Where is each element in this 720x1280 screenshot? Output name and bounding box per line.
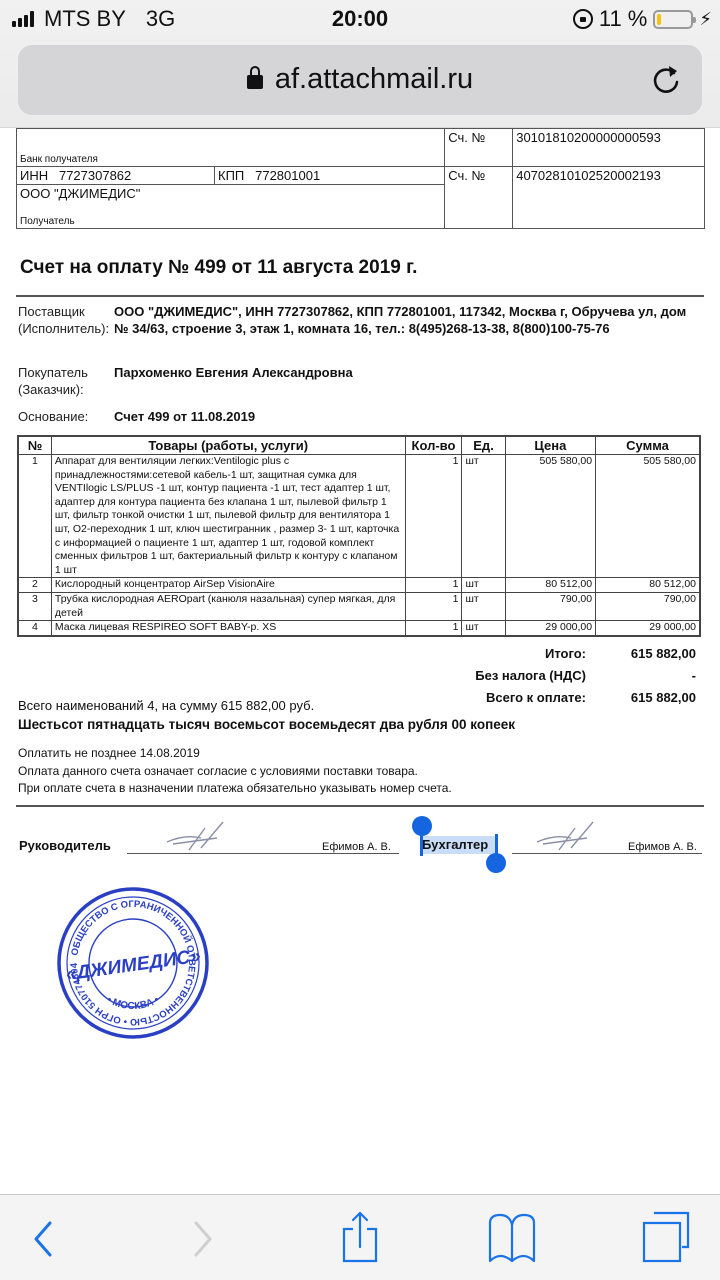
accountant-name: Ефимов А. В.	[628, 841, 697, 853]
supplier-label: Поставщик	[18, 303, 114, 320]
row-sum: 80 512,00	[596, 578, 700, 593]
total-value: 615 882,00	[586, 646, 696, 661]
company-stamp-icon: ОБЩЕСТВО С ОГРАНИЧЕННОЙ ОТВЕТСТВЕННОСТЬЮ…	[55, 885, 211, 1041]
row-goods: Кислородный концентратор AirSep VisionAi…	[51, 578, 405, 593]
buyer-value: Пархоменко Евгения Александровна	[114, 364, 694, 398]
accountant-label: Бухгалтер	[422, 837, 488, 852]
buyer-label: Покупатель	[18, 364, 114, 381]
header-sum: Сумма	[596, 436, 700, 455]
row-price: 505 580,00	[505, 455, 595, 578]
account-label: Сч. №	[445, 167, 513, 229]
vat-label: Без налога (НДС)	[475, 668, 586, 683]
director-name: Ефимов А. В.	[322, 841, 391, 853]
header-price: Цена	[505, 436, 595, 455]
row-sum: 790,00	[596, 592, 700, 620]
invoice-title: Счет на оплату № 499 от 11 августа 2019 …	[20, 257, 417, 279]
note-reference: При оплате счета в назначении платежа об…	[18, 780, 452, 798]
row-qty: 1	[405, 592, 462, 620]
address-bar[interactable]: af.attachmail.ru	[18, 45, 702, 115]
kpp-value: 772801001	[255, 168, 320, 183]
row-goods: Трубка кислородная AEROpart (канюля наза…	[51, 592, 405, 620]
row-sum: 505 580,00	[596, 455, 700, 578]
signature-scribble-icon	[165, 820, 235, 854]
account-value: 40702810102520002193	[513, 167, 705, 229]
supplier-value: ООО "ДЖИМЕДИС", ИНН 7727307862, КПП 7728…	[114, 303, 694, 337]
kpp-label: КПП	[218, 168, 244, 183]
signatures-block: Руководитель Ефимов А. В. Бухгалтер Ефим…	[0, 822, 720, 882]
chevron-right-icon[interactable]	[176, 1209, 232, 1265]
director-label: Руководитель	[19, 838, 111, 853]
row-num: 3	[18, 592, 51, 620]
rotation-lock-icon	[573, 9, 593, 29]
header-goods: Товары (работы, услуги)	[51, 436, 405, 455]
book-icon[interactable]	[484, 1209, 540, 1265]
supplier-block: Поставщик(Исполнитель): ООО "ДЖИМЕДИС", …	[18, 303, 694, 337]
grand-total-label: Всего к оплате:	[486, 690, 586, 705]
svg-text:«ДЖИМЕДИС»: «ДЖИМЕДИС»	[65, 946, 202, 986]
totals-block: Итого:615 882,00 Без налога (НДС)- Всего…	[475, 642, 696, 708]
row-num: 1	[18, 455, 51, 578]
row-price: 29 000,00	[505, 621, 595, 636]
selection-handle-start-knob[interactable]	[412, 816, 432, 836]
corr-account-label: Сч. №	[445, 129, 513, 167]
row-price: 80 512,00	[505, 578, 595, 593]
lock-icon	[247, 75, 263, 89]
row-num: 4	[18, 621, 51, 636]
row-num: 2	[18, 578, 51, 593]
table-row: 4Маска лицевая RESPIREO SOFT BABY-р. XS1…	[18, 621, 700, 636]
row-qty: 1	[405, 578, 462, 593]
grand-total-value: 615 882,00	[586, 690, 696, 705]
share-icon[interactable]	[332, 1209, 388, 1265]
row-unit: шт	[462, 621, 505, 636]
buyer-block: Покупатель(Заказчик): Пархоменко Евгения…	[18, 364, 694, 398]
row-unit: шт	[462, 578, 505, 593]
row-unit: шт	[462, 592, 505, 620]
items-header-row: № Товары (работы, услуги) Кол-во Ед. Цен…	[18, 436, 700, 455]
battery-icon	[653, 10, 693, 29]
bank-caption: Банк получателя	[20, 154, 98, 165]
corr-account: 30101810200000000593	[513, 129, 705, 167]
basis-label: Основание:	[18, 408, 114, 425]
payment-notes: Оплатить не позднее 14.08.2019 Оплата да…	[18, 745, 452, 798]
status-bar: MTS BY 3G 20:00 11 % ⚡︎	[0, 0, 720, 40]
bolt-icon: ⚡︎	[699, 9, 712, 30]
divider	[16, 295, 704, 297]
row-qty: 1	[405, 455, 462, 578]
supplier-label-2: (Исполнитель):	[18, 320, 112, 337]
row-qty: 1	[405, 621, 462, 636]
items-count-summary: Всего наименований 4, на сумму 615 882,0…	[18, 698, 314, 713]
tabs-icon[interactable]	[638, 1209, 694, 1265]
selection-handle-start[interactable]	[420, 834, 423, 856]
recipient-caption: Получатель	[20, 216, 75, 227]
invoice-document: АО "АЛЬФА-БАНК" г. Москва БИК 044525593 …	[0, 110, 720, 1160]
browser-chrome-top: MTS BY 3G 20:00 11 % ⚡︎ af.attachmail.ru	[0, 0, 720, 128]
table-row: 3Трубка кислородная AEROpart (канюля наз…	[18, 592, 700, 620]
svg-text:• МОСКВА •: • МОСКВА •	[105, 994, 162, 1012]
header-num: №	[18, 436, 51, 455]
table-row: 2Кислородный концентратор AirSep VisionA…	[18, 578, 700, 593]
recipient-name: ООО "ДЖИМЕДИС"	[20, 186, 441, 201]
buyer-label-2: (Заказчик):	[18, 381, 114, 398]
signature-scribble-icon	[535, 820, 605, 854]
row-goods: Аппарат для вентиляции легких:Ventilogic…	[51, 455, 405, 578]
browser-toolbar	[0, 1194, 720, 1280]
inn-label: ИНН	[20, 168, 48, 183]
basis-block: Основание: Счет 499 от 11.08.2019	[18, 408, 694, 425]
url-text: af.attachmail.ru	[275, 63, 473, 95]
inn-value: 7727307862	[59, 168, 131, 183]
reload-icon[interactable]	[650, 63, 684, 97]
total-label: Итого:	[545, 646, 586, 661]
header-unit: Ед.	[462, 436, 505, 455]
divider	[16, 805, 704, 807]
header-qty: Кол-во	[405, 436, 462, 455]
row-price: 790,00	[505, 592, 595, 620]
amount-in-words: Шестьсот пятнадцать тысяч восемьсот восе…	[18, 717, 515, 732]
basis-value: Счет 499 от 11.08.2019	[114, 408, 694, 425]
row-unit: шт	[462, 455, 505, 578]
table-row: 1Аппарат для вентиляции легких:Ventilogi…	[18, 455, 700, 578]
chevron-left-icon[interactable]	[14, 1209, 70, 1265]
selection-handle-end-knob[interactable]	[486, 853, 506, 873]
vat-value: -	[586, 668, 696, 683]
note-deadline: Оплатить не позднее 14.08.2019	[18, 745, 452, 763]
row-goods: Маска лицевая RESPIREO SOFT BABY-р. XS	[51, 621, 405, 636]
note-agreement: Оплата данного счета означает согласие с…	[18, 763, 452, 781]
row-sum: 29 000,00	[596, 621, 700, 636]
items-table: № Товары (работы, услуги) Кол-во Ед. Цен…	[17, 435, 701, 637]
battery-percent: 11 %	[599, 6, 648, 32]
